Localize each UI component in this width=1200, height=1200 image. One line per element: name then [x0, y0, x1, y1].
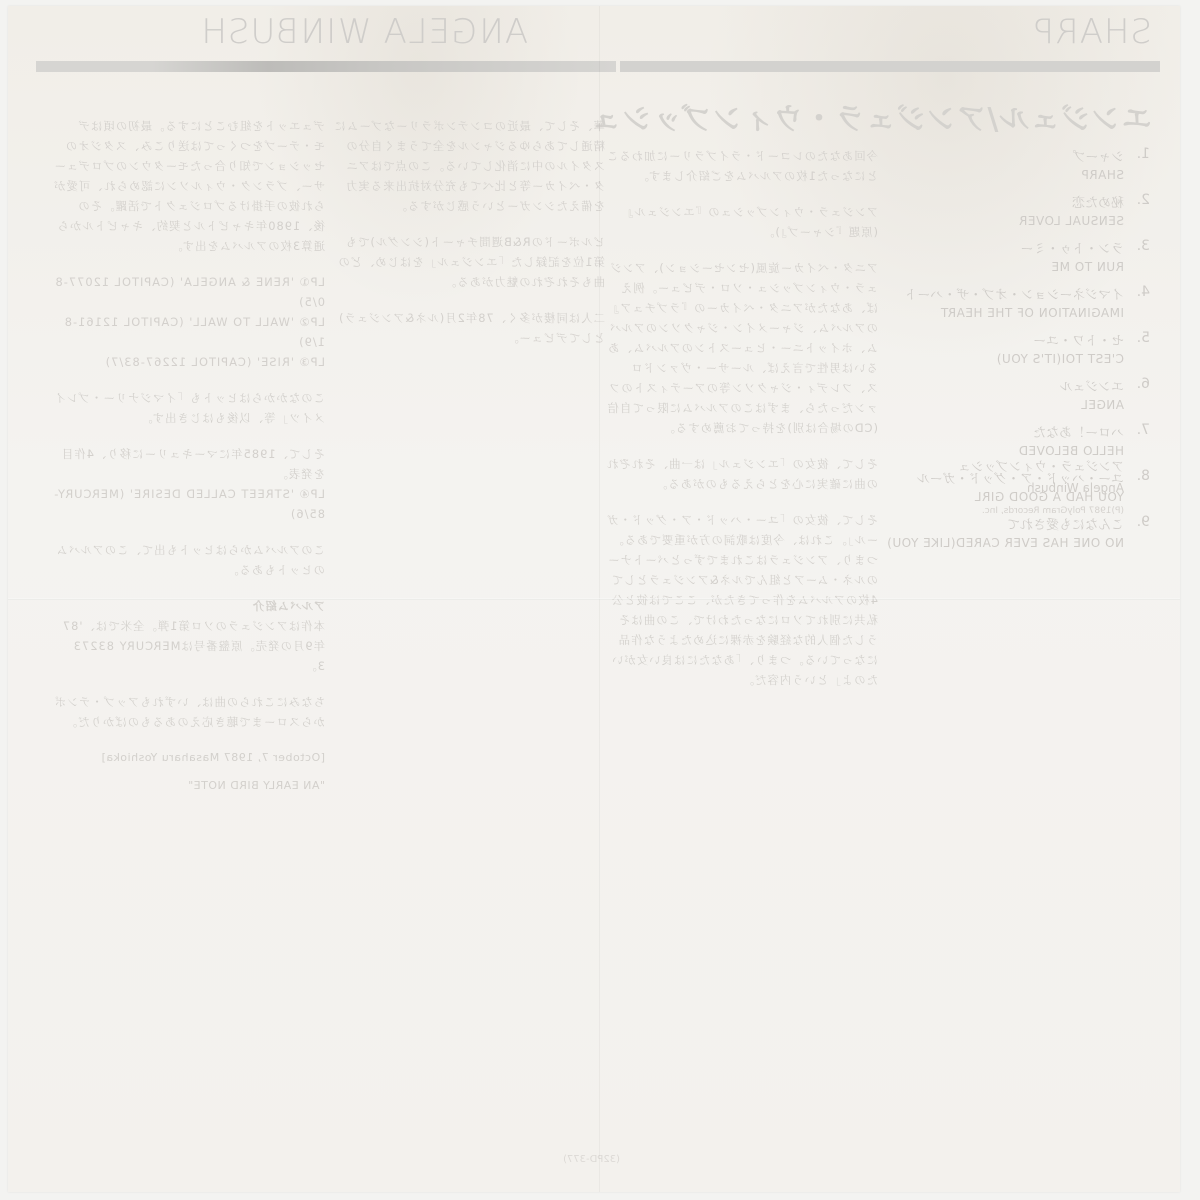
track-list: 1.シャープSHARP 2.秘めた恋SENSUAL LOVER 3.ラン・トゥ・… [850, 146, 1150, 560]
paragraph: デュエットを組むことにする。最初の頃はデモ・テープをつくっては送りこみ、スタジオ… [53, 116, 325, 256]
header-rule-left [620, 61, 1160, 72]
track-title-jp: 秘めた恋 [1019, 192, 1124, 211]
paragraph: ビルボードのR&B週間チャート(シングル)でも第1位を記録した「エンジェル」をは… [333, 232, 605, 292]
artist-credit-en: Angela Winbush [958, 481, 1124, 495]
discography-item: LP② 'WALL TO WALL' (CAPITOL 12161-81/9) [53, 312, 325, 352]
signature-date: [October 7, 1987 Masaharu Yoshioka] [53, 748, 325, 768]
track-item: 5.セ・トワ・ユーC'EST TOI(IT'S YOU) [850, 330, 1150, 366]
track-title-jp: ラン・トゥ・ミー [1020, 238, 1124, 257]
track-title-en: ANGEL [1060, 398, 1124, 412]
track-number: 6. [1124, 376, 1150, 412]
track-title-en: RUN TO ME [1020, 260, 1124, 274]
paragraph: 今回あなたのレコード・ライブラリーに加わることになった1枚のアルバムをご紹介しま… [606, 146, 878, 186]
track-item: 3.ラン・トゥ・ミーRUN TO ME [850, 238, 1150, 274]
track-item: 6.エンジェルANGEL [850, 376, 1150, 412]
paragraph: アニタ・ベイカー旋風(センセーション)、アンジェラ・ウィンブッシュ・ソロ・デビュ… [606, 258, 878, 438]
track-title-jp: エンジェル [1060, 376, 1124, 395]
album-title-header: SHARP [1032, 12, 1152, 52]
paragraph: 華、そして、最近のコンテンポラリーなブームに精通してあらゆるジャンルを全てうまく… [333, 116, 605, 216]
catalog-number: (32PD-377) [563, 1154, 620, 1165]
track-title-jp: ハロー！あなた [1018, 422, 1124, 441]
track-item: 1.シャープSHARP [850, 146, 1150, 182]
paragraph: このアルバムからはヒットも出て、このアルバムのヒットもある。 [53, 540, 325, 580]
discography-item: LP③ 'RISE' (CAPITOL 12267-83/7) [53, 352, 325, 372]
track-number: 1. [1124, 146, 1150, 182]
track-title-jp: シャープ [1073, 146, 1124, 165]
artist-credit-jp: アンジェラ・ウィンブッシュ [958, 456, 1124, 475]
track-title-en: NO ONE HAS EVER CARED(LIKE YOU) [887, 536, 1124, 550]
liner-text-column-2: 華、そして、最近のコンテンポラリーなブームに精通してあらゆるジャンルを全てうまく… [333, 116, 605, 364]
japanese-album-title: エンジェル/アンジェラ・ウィンブッシュ [590, 94, 1152, 138]
track-number: 3. [1124, 238, 1150, 274]
header-rule-right [36, 61, 616, 72]
liner-text-column-1: 今回あなたのレコード・ライブラリーに加わることになった1枚のアルバムをご紹介しま… [606, 146, 878, 706]
track-title-en: IMAGINATION OF THE HEART [904, 306, 1124, 320]
artist-credit: アンジェラ・ウィンブッシュ Angela Winbush [958, 456, 1124, 495]
track-item: 9.こんなにも愛されてNO ONE HAS EVER CARED(LIKE YO… [850, 514, 1150, 550]
discography-item: LP④ 'STREET CALLED DESIRE' (MERCURY-85/6… [53, 484, 325, 524]
horizontal-fold-crease [8, 598, 1180, 600]
track-item: 4.イマジネーション・オブ・ザ・ハートIMAGINATION OF THE HE… [850, 284, 1150, 320]
paragraph: 本作はアンジェラのソロ第1弾。全米では、'87年9月の発売。原盤番号はMERCU… [53, 616, 325, 676]
track-item: 7.ハロー！あなたHELLO BELOVED [850, 422, 1150, 458]
track-title-jp: こんなにも愛されて [887, 514, 1124, 533]
track-number: 5. [1124, 330, 1150, 366]
paragraph: そして、1985年にマーキュリーに移り、4作目を発表。 [53, 444, 325, 484]
discography-item: LP① 'RENE & ANGELA' (CAPITOL 12077-80/5) [53, 272, 325, 312]
paragraph: アンジェラ・ウィンブッシュの『エンジェル』(原題『シャープ』)。 [606, 202, 878, 242]
track-number: 4. [1124, 284, 1150, 320]
track-item: 2.秘めた恋SENSUAL LOVER [850, 192, 1150, 228]
track-number: 7. [1124, 422, 1150, 458]
signature-title: "AN EARLY BIRD NOTE" [53, 776, 325, 796]
liner-notes-sheet: SHARP ANGELA WINBUSH エンジェル/アンジェラ・ウィンブッシュ… [8, 6, 1180, 1192]
track-number: 9. [1124, 514, 1150, 550]
artist-name-header: ANGELA WINBUSH [200, 12, 528, 52]
paragraph: 二人は同棲が多く、78年2月(ルネ&アンジェラ)としてデビュー。 [333, 308, 605, 348]
paragraph: ちなみにこれらの曲は、いずれもアップ・テンポからスローまで聴き応えのあるものばか… [53, 692, 325, 732]
paragraph: このなかからはヒットも「イマジナリー・プレイメイツ」等、以後もはじき出す。 [53, 388, 325, 428]
track-title-en: C'EST TOI(IT'S YOU) [996, 352, 1124, 366]
copyright-notice: (P)1987 PolyGram Records, Inc. [982, 506, 1124, 516]
track-number: 2. [1124, 192, 1150, 228]
paragraph: そして、彼女の「ユー・ハッド・ア・グッド・ガール」。これは、今度は歌詞の方が重要… [606, 510, 878, 690]
track-title-jp: イマジネーション・オブ・ザ・ハート [904, 284, 1124, 303]
track-title-jp: セ・トワ・ユー [996, 330, 1124, 349]
paragraph: そして、彼女の「エンジェル」は一曲、それぞれの曲に確実に心をとらえるものがある。 [606, 454, 878, 494]
track-number: 8. [1124, 468, 1150, 504]
track-title-en: SHARP [1073, 168, 1124, 182]
liner-text-column-3: デュエットを組むことにする。最初の頃はデモ・テープをつくっては送りこみ、スタジオ… [53, 116, 325, 796]
track-title-en: SENSUAL LOVER [1019, 214, 1124, 228]
